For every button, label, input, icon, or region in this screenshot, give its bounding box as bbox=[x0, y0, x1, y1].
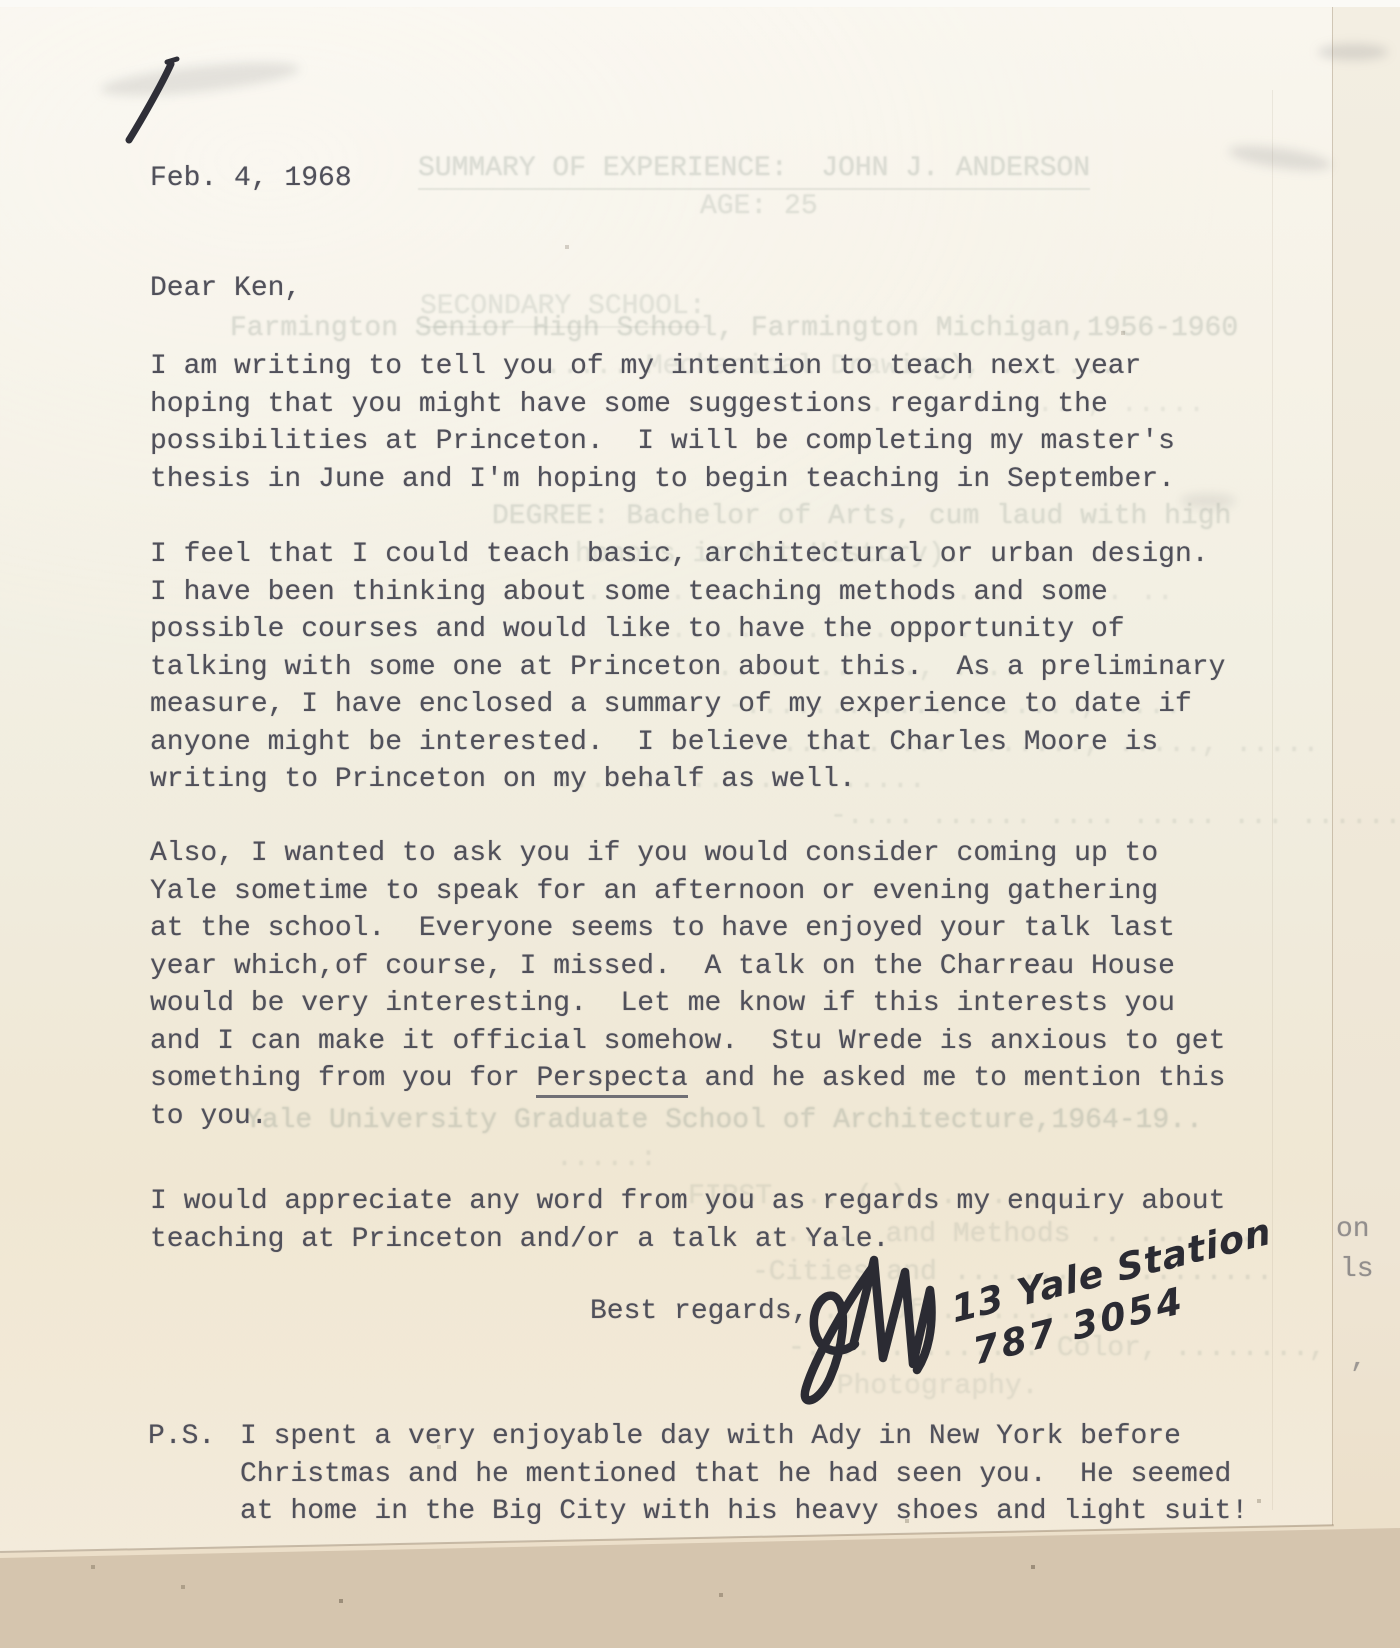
scanner-background-strip bbox=[0, 0, 1400, 7]
letter-line: thesis in June and I'm hoping to begin t… bbox=[150, 461, 1175, 499]
letter-line: year which,of course, I missed. A talk o… bbox=[150, 948, 1225, 986]
letter-line: I spent a very enjoyable day with Ady in… bbox=[240, 1418, 1248, 1456]
letter-line: at home in the Big City with his heavy s… bbox=[240, 1493, 1248, 1531]
letter-line: I would appreciate any word from you as … bbox=[150, 1183, 1225, 1221]
letter-line: hoping that you might have some suggesti… bbox=[150, 386, 1175, 424]
letter-line: Yale sometime to speak for an afternoon … bbox=[150, 873, 1225, 911]
letter-line: possible courses and would like to have … bbox=[150, 611, 1225, 649]
letter-line: Also, I wanted to ask you if you would c… bbox=[150, 835, 1225, 873]
letter-line: would be very interesting. Let me know i… bbox=[150, 985, 1225, 1023]
letter-text-layer: Feb. 4, 1968 Dear Ken, Best regards, P.S… bbox=[0, 0, 1400, 1648]
letter-line: talking with some one at Princeton about… bbox=[150, 649, 1225, 687]
letter-line: to you. bbox=[150, 1098, 1225, 1136]
letter-line: at the school. Everyone seems to have en… bbox=[150, 910, 1225, 948]
letter-line: Christmas and he mentioned that he had s… bbox=[240, 1456, 1248, 1494]
letter-paragraph: Also, I wanted to ask you if you would c… bbox=[150, 835, 1225, 1135]
letter-line: something from you for Perspecta and he … bbox=[150, 1060, 1225, 1098]
letter-line: writing to Princeton on my behalf as wel… bbox=[150, 761, 1225, 799]
postscript-body: I spent a very enjoyable day with Ady in… bbox=[240, 1418, 1248, 1531]
date-line: Feb. 4, 1968 bbox=[150, 160, 352, 198]
signature-john bbox=[775, 1238, 960, 1413]
letter-paragraph: I am writing to tell you of my intention… bbox=[150, 348, 1175, 498]
letter-line: I am writing to tell you of my intention… bbox=[150, 348, 1175, 386]
letter-line: I have been thinking about some teaching… bbox=[150, 574, 1225, 612]
letter-line: anyone might be interested. I believe th… bbox=[150, 724, 1225, 762]
underlined-word: Perspecta bbox=[536, 1063, 687, 1098]
pen-corner-mark bbox=[105, 52, 195, 147]
letter-paragraph: I feel that I could teach basic, archite… bbox=[150, 536, 1225, 799]
scanned-letter-page: onls, SUMMARY OF EXPERIENCE: JOHN J. AND… bbox=[0, 0, 1400, 1648]
postscript-label: P.S. bbox=[148, 1418, 215, 1456]
scan-smudge bbox=[1180, 494, 1236, 508]
scan-smudge bbox=[1318, 44, 1388, 60]
salutation: Dear Ken, bbox=[150, 270, 301, 308]
letter-paragraph: I would appreciate any word from you as … bbox=[150, 1183, 1225, 1258]
letter-line: I feel that I could teach basic, archite… bbox=[150, 536, 1225, 574]
letter-line: teaching at Princeton and/or a talk at Y… bbox=[150, 1221, 1225, 1259]
letter-line: measure, I have enclosed a summary of my… bbox=[150, 686, 1225, 724]
letter-line: possibilities at Princeton. I will be co… bbox=[150, 423, 1175, 461]
letter-line: and I can make it official somehow. Stu … bbox=[150, 1023, 1225, 1061]
